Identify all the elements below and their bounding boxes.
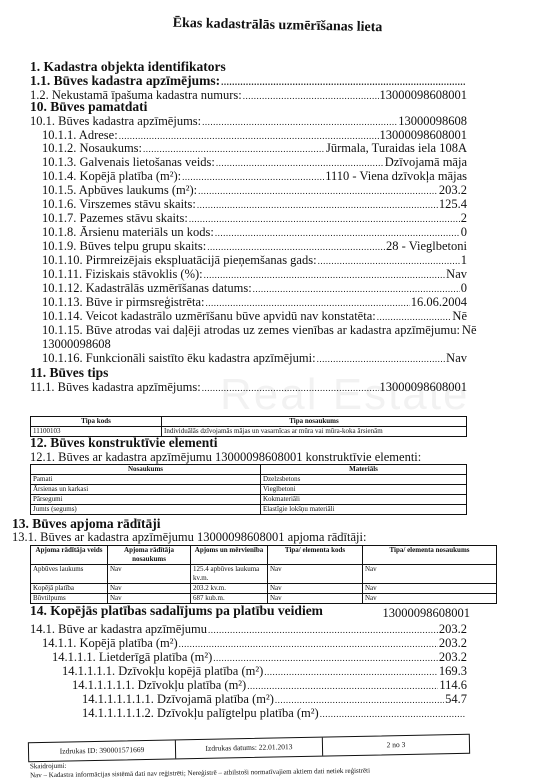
field-value: Nav <box>446 267 467 281</box>
table-row: PamatiDzelzsbetons <box>31 475 467 485</box>
field-line: 10.1.10. Pirmreizējais ekspluatācijā pie… <box>42 253 467 267</box>
table-cell: Nav <box>268 594 363 604</box>
field-label: 10.1.12. Kadastrālās uzmērīšanas datums: <box>42 281 252 295</box>
element-material: Elastīgie lokšņu materiāli <box>261 505 467 515</box>
area-line: 14.1.1.1.1. Dzīvokļu kopējā platība (m²)… <box>62 664 467 678</box>
field-line: 10.1.7. Pazemes stāvu skaits:2 <box>42 211 467 225</box>
table-cell: 203.2 kv.m. <box>191 584 268 594</box>
field-value: 13000098608001 <box>380 380 468 394</box>
field-line: 10.1.3. Galvenais lietošanas veids:Dzīvo… <box>42 155 467 169</box>
field-line: 11. Būves tips <box>30 366 467 380</box>
field-label: 10.1.15. Būve atrodas vai daļēji atrodas… <box>42 323 460 337</box>
leader-dots <box>317 351 446 366</box>
field-value: 125.4 <box>439 197 467 211</box>
field-value: Jūrmala, Turaidas iela 108A <box>326 141 467 155</box>
leader-dots <box>202 380 379 395</box>
field-value: Dzīvojamā māja <box>385 155 467 169</box>
area-label: 14.1. Būve ar kadastra apzīmējumu <box>30 622 207 636</box>
field-label: 10.1.9. Būves telpu grupu skaits: <box>42 239 206 253</box>
area-label: 14.1.1.1.1.1. Dzīvokļu platība (m²) <box>72 678 246 692</box>
area-label: 14.1.1. Kopējā platība (m²) <box>42 636 178 650</box>
table-cell: Būvtilpums <box>31 594 108 604</box>
table-cell: Apbūves laukums <box>31 565 108 584</box>
field-label: 10.1.10. Pirmreizējais ekspluatācijā pie… <box>42 253 317 267</box>
field-line: 10. Būves pamatdati <box>30 100 467 114</box>
document-title: Ēkas kadastrālās uzmērīšanas lieta <box>0 12 555 40</box>
table-cell: Nav <box>108 565 191 584</box>
table-cell: Nav <box>363 565 497 584</box>
field-line: 10.1.5. Apbūves laukums (m²):203.2 <box>42 183 467 197</box>
field-value: Nav <box>446 351 467 365</box>
field-line: 10.1.2. Nosaukums:Jūrmala, Turaidas iela… <box>42 141 467 155</box>
header-type-name: Tipa nosaukums <box>162 417 467 427</box>
field-line: 10.1.9. Būves telpu grupu skaits:28 - Vi… <box>42 239 467 253</box>
leader-dots <box>320 706 466 721</box>
print-id: Izdrukas ID: 390001571669 <box>29 740 176 761</box>
leader-dots <box>247 678 438 693</box>
table-cell: Nav <box>268 565 363 584</box>
leader-dots <box>221 74 466 89</box>
leader-dots <box>205 295 409 310</box>
field-label: 11.1. Būves kadastra apzīmējums: <box>30 380 201 394</box>
field-line: 10.1.12. Kadastrālās uzmērīšanas datums:… <box>42 281 467 295</box>
header-material: Materiāls <box>261 465 467 475</box>
leader-dots <box>202 114 397 129</box>
table-row: Ārsienas un karkasiVieglbetoni <box>31 485 467 495</box>
leader-dots <box>275 692 444 707</box>
print-footer: Izdrukas ID: 390001571669 Izdrukas datum… <box>28 734 470 762</box>
field-label: 10.1.5. Apbūves laukums (m²): <box>42 183 197 197</box>
field-value: 1 <box>461 253 467 267</box>
field-label: 1. Kadastra objekta identifikators <box>30 60 226 74</box>
section-12-subheading: 12.1. Būves ar kadastra apzīmējumu 13000… <box>30 450 555 464</box>
section-13-heading: 13. Būves apjoma rādītāji <box>12 517 555 531</box>
field-line: 11.1. Būves kadastra apzīmējums:13000098… <box>30 380 467 394</box>
field-line: 1. Kadastra objekta identifikators <box>30 60 467 74</box>
element-material: Kokmateriāli <box>261 495 467 505</box>
field-label: 10. Būves pamatdati <box>30 100 147 114</box>
leader-dots <box>189 211 460 226</box>
field-label: 10.1.13. Būve ir pirmsreģistrēta: <box>42 295 204 309</box>
leader-dots <box>253 281 460 296</box>
table-row: Kopējā platībaNav203.2 kv.m.NavNav <box>31 584 497 594</box>
field-label: 10.1.8. Ārsienu materiāls un kods: <box>42 225 214 239</box>
field-label: 10.1.7. Pazemes stāvu skaits: <box>42 211 188 225</box>
element-name: Ārsienas un karkasi <box>31 485 261 495</box>
area-value: 114.6 <box>439 678 467 692</box>
leader-dots <box>198 183 438 198</box>
field-line: 10.1.6. Virszemes stāvu skaits:125.4 <box>42 197 467 211</box>
section-12-heading: 12. Būves konstruktīvie elementi <box>30 436 555 450</box>
field-label: 10.1.16. Funkcionāli saistīto ēku kadast… <box>42 351 316 365</box>
area-label: 14.1.1.1. Lietderīgā platība (m²) <box>52 650 212 664</box>
leader-dots <box>208 622 438 637</box>
table-row: BūvtilpumsNav687 kub.m.NavNav <box>31 594 497 604</box>
construction-elements-table: Nosaukums Materiāls PamatiDzelzsbetonsĀr… <box>30 464 467 515</box>
building-type-table: Tipa kods Tipa nosaukums 11100103 Indivi… <box>30 416 467 437</box>
column-header: Apjoma rādītāja nosaukums <box>108 546 191 565</box>
section-14-heading-value: 13000098608001 <box>0 606 470 620</box>
field-value: 203.2 <box>439 183 467 197</box>
column-header: Apjoma rādītāja veids <box>31 546 108 565</box>
leader-dots <box>197 197 438 212</box>
table-row: Apbūves laukumsNav125.4 apbūves laukuma … <box>31 565 497 584</box>
column-header: Apjoms un mērvienība <box>191 546 268 565</box>
leader-dots <box>215 225 460 240</box>
area-value: 203.2 <box>439 636 467 650</box>
table-row: Jumts (segums)Elastīgie lokšņu materiāli <box>31 505 467 515</box>
leader-dots <box>377 309 452 324</box>
field-line: 10.1. Būves kadastra apzīmējums:13000098… <box>30 114 467 128</box>
field-line: 1.1. Būves kadastra apzīmējums: <box>30 74 467 88</box>
field-line: 10.1.14. Veicot kadastrālo uzmērīšanu bū… <box>42 309 467 323</box>
field-value: 2 <box>461 211 467 225</box>
field-label: 10.1.4. Kopējā platība (m²): <box>42 169 181 183</box>
leader-dots <box>182 169 324 184</box>
volume-indicators-table: Apjoma rādītāja veidsApjoma rādītāja nos… <box>30 545 497 604</box>
table-cell: Nav <box>268 584 363 594</box>
leader-dots <box>213 650 438 665</box>
element-name: Pamati <box>31 475 261 485</box>
leader-dots <box>143 141 325 156</box>
table-cell: Nav <box>363 584 497 594</box>
field-label: 10.1. Būves kadastra apzīmējums: <box>30 114 201 128</box>
area-value: 54.7 <box>445 692 467 706</box>
field-label: 13000098608 <box>42 337 111 351</box>
field-line: 13000098608 <box>42 337 467 351</box>
leader-dots <box>318 253 460 268</box>
column-header: Tipa/ elementa kods <box>268 546 363 565</box>
area-line: 14.1.1.1. Lietderīgā platība (m²)203.2 <box>52 650 467 664</box>
area-label: 14.1.1.1.1.1.2. Dzīvokļu palīgtelpu plat… <box>82 706 319 720</box>
table-cell: 687 kub.m. <box>191 594 268 604</box>
explanations: Skaidrojumi: Nav – Kadastra informācijas… <box>30 758 370 781</box>
element-name: Jumts (segums) <box>31 505 261 515</box>
field-value: Nē <box>452 309 467 323</box>
table-row: PārsegumiKokmateriāli <box>31 495 467 505</box>
field-label: 10.1.3. Galvenais lietošanas veids: <box>42 155 215 169</box>
table-cell: Nav <box>108 594 191 604</box>
leader-dots <box>216 155 384 170</box>
leader-dots <box>204 267 446 282</box>
table-cell: Nav <box>108 584 191 594</box>
element-name: Pārsegumi <box>31 495 261 505</box>
field-value: 1110 - Viena dzīvokļa mājas <box>325 169 467 183</box>
field-value: 28 - Vieglbetoni <box>386 239 467 253</box>
leader-dots <box>179 636 438 651</box>
field-label: 10.1.11. Fiziskais stāvoklis (%): <box>42 267 203 281</box>
leader-dots <box>264 664 438 679</box>
field-value: 0 <box>461 225 467 239</box>
field-value: 13000098608 <box>398 114 467 128</box>
area-value: 203.2 <box>439 650 467 664</box>
field-line: 10.1.13. Būve ir pirmsreģistrēta:16.06.2… <box>42 295 467 309</box>
field-line: 10.1.15. Būve atrodas vai daļēji atrodas… <box>42 323 467 337</box>
table-cell: Kopējā platība <box>31 584 108 594</box>
print-date: Izdrukas datums: 22.01.2013 <box>176 738 323 759</box>
field-line: 10.1.11. Fiziskais stāvoklis (%):Nav <box>42 267 467 281</box>
area-line: 14.1. Būve ar kadastra apzīmējumu203.2 <box>30 622 467 636</box>
field-label: 11. Būves tips <box>30 366 108 380</box>
field-line: 10.1.16. Funkcionāli saistīto ēku kadast… <box>42 351 467 365</box>
area-line: 14.1.1. Kopējā platība (m²)203.2 <box>42 636 467 650</box>
area-label: 14.1.1.1.1. Dzīvokļu kopējā platība (m²) <box>62 664 263 678</box>
element-material: Vieglbetoni <box>261 485 467 495</box>
header-name: Nosaukums <box>31 465 261 475</box>
field-line: 10.1.4. Kopējā platība (m²):1110 - Viena… <box>42 169 467 183</box>
field-label: 10.1.2. Nosaukums: <box>42 141 142 155</box>
page-number: 2 no 3 <box>323 735 469 756</box>
field-value: 16.06.2004 <box>411 295 467 309</box>
field-label: 10.1.6. Virszemes stāvu skaits: <box>42 197 196 211</box>
field-value: Nē <box>462 323 477 337</box>
area-line: 14.1.1.1.1.1.1. Dzīvojamā platība (m²)54… <box>82 692 467 706</box>
area-value: 169.3 <box>439 664 467 678</box>
area-line: 14.1.1.1.1.1.2. Dzīvokļu palīgtelpu plat… <box>82 706 467 720</box>
column-header: Tipa/ elementa nosaukums <box>363 546 497 565</box>
element-material: Dzelzsbetons <box>261 475 467 485</box>
field-line: 10.1.1. Adrese:13000098608001 <box>42 128 467 142</box>
field-value: 0 <box>461 281 467 295</box>
document-page: Ēkas kadastrālās uzmērīšanas lieta Real … <box>0 0 555 783</box>
field-label: 10.1.1. Adrese: <box>42 128 118 142</box>
field-value: 13000098608001 <box>380 128 468 142</box>
area-value: 203.2 <box>439 622 467 636</box>
area-line: 14.1.1.1.1.1. Dzīvokļu platība (m²)114.6 <box>72 678 467 692</box>
leader-dots <box>207 239 385 254</box>
section-13-subheading: 13.1. Būves ar kadastra apzīmējumu 13000… <box>12 530 555 544</box>
field-label: 1.1. Būves kadastra apzīmējums: <box>30 74 220 88</box>
table-cell: Nav <box>363 594 497 604</box>
header-type-code: Tipa kods <box>31 417 162 427</box>
table-cell: 125.4 apbūves laukuma kv.m. <box>191 565 268 584</box>
area-label: 14.1.1.1.1.1.1. Dzīvojamā platība (m²) <box>82 692 274 706</box>
field-line: 10.1.8. Ārsienu materiāls un kods:0 <box>42 225 467 239</box>
field-label: 10.1.14. Veicot kadastrālo uzmērīšanu bū… <box>42 309 376 323</box>
